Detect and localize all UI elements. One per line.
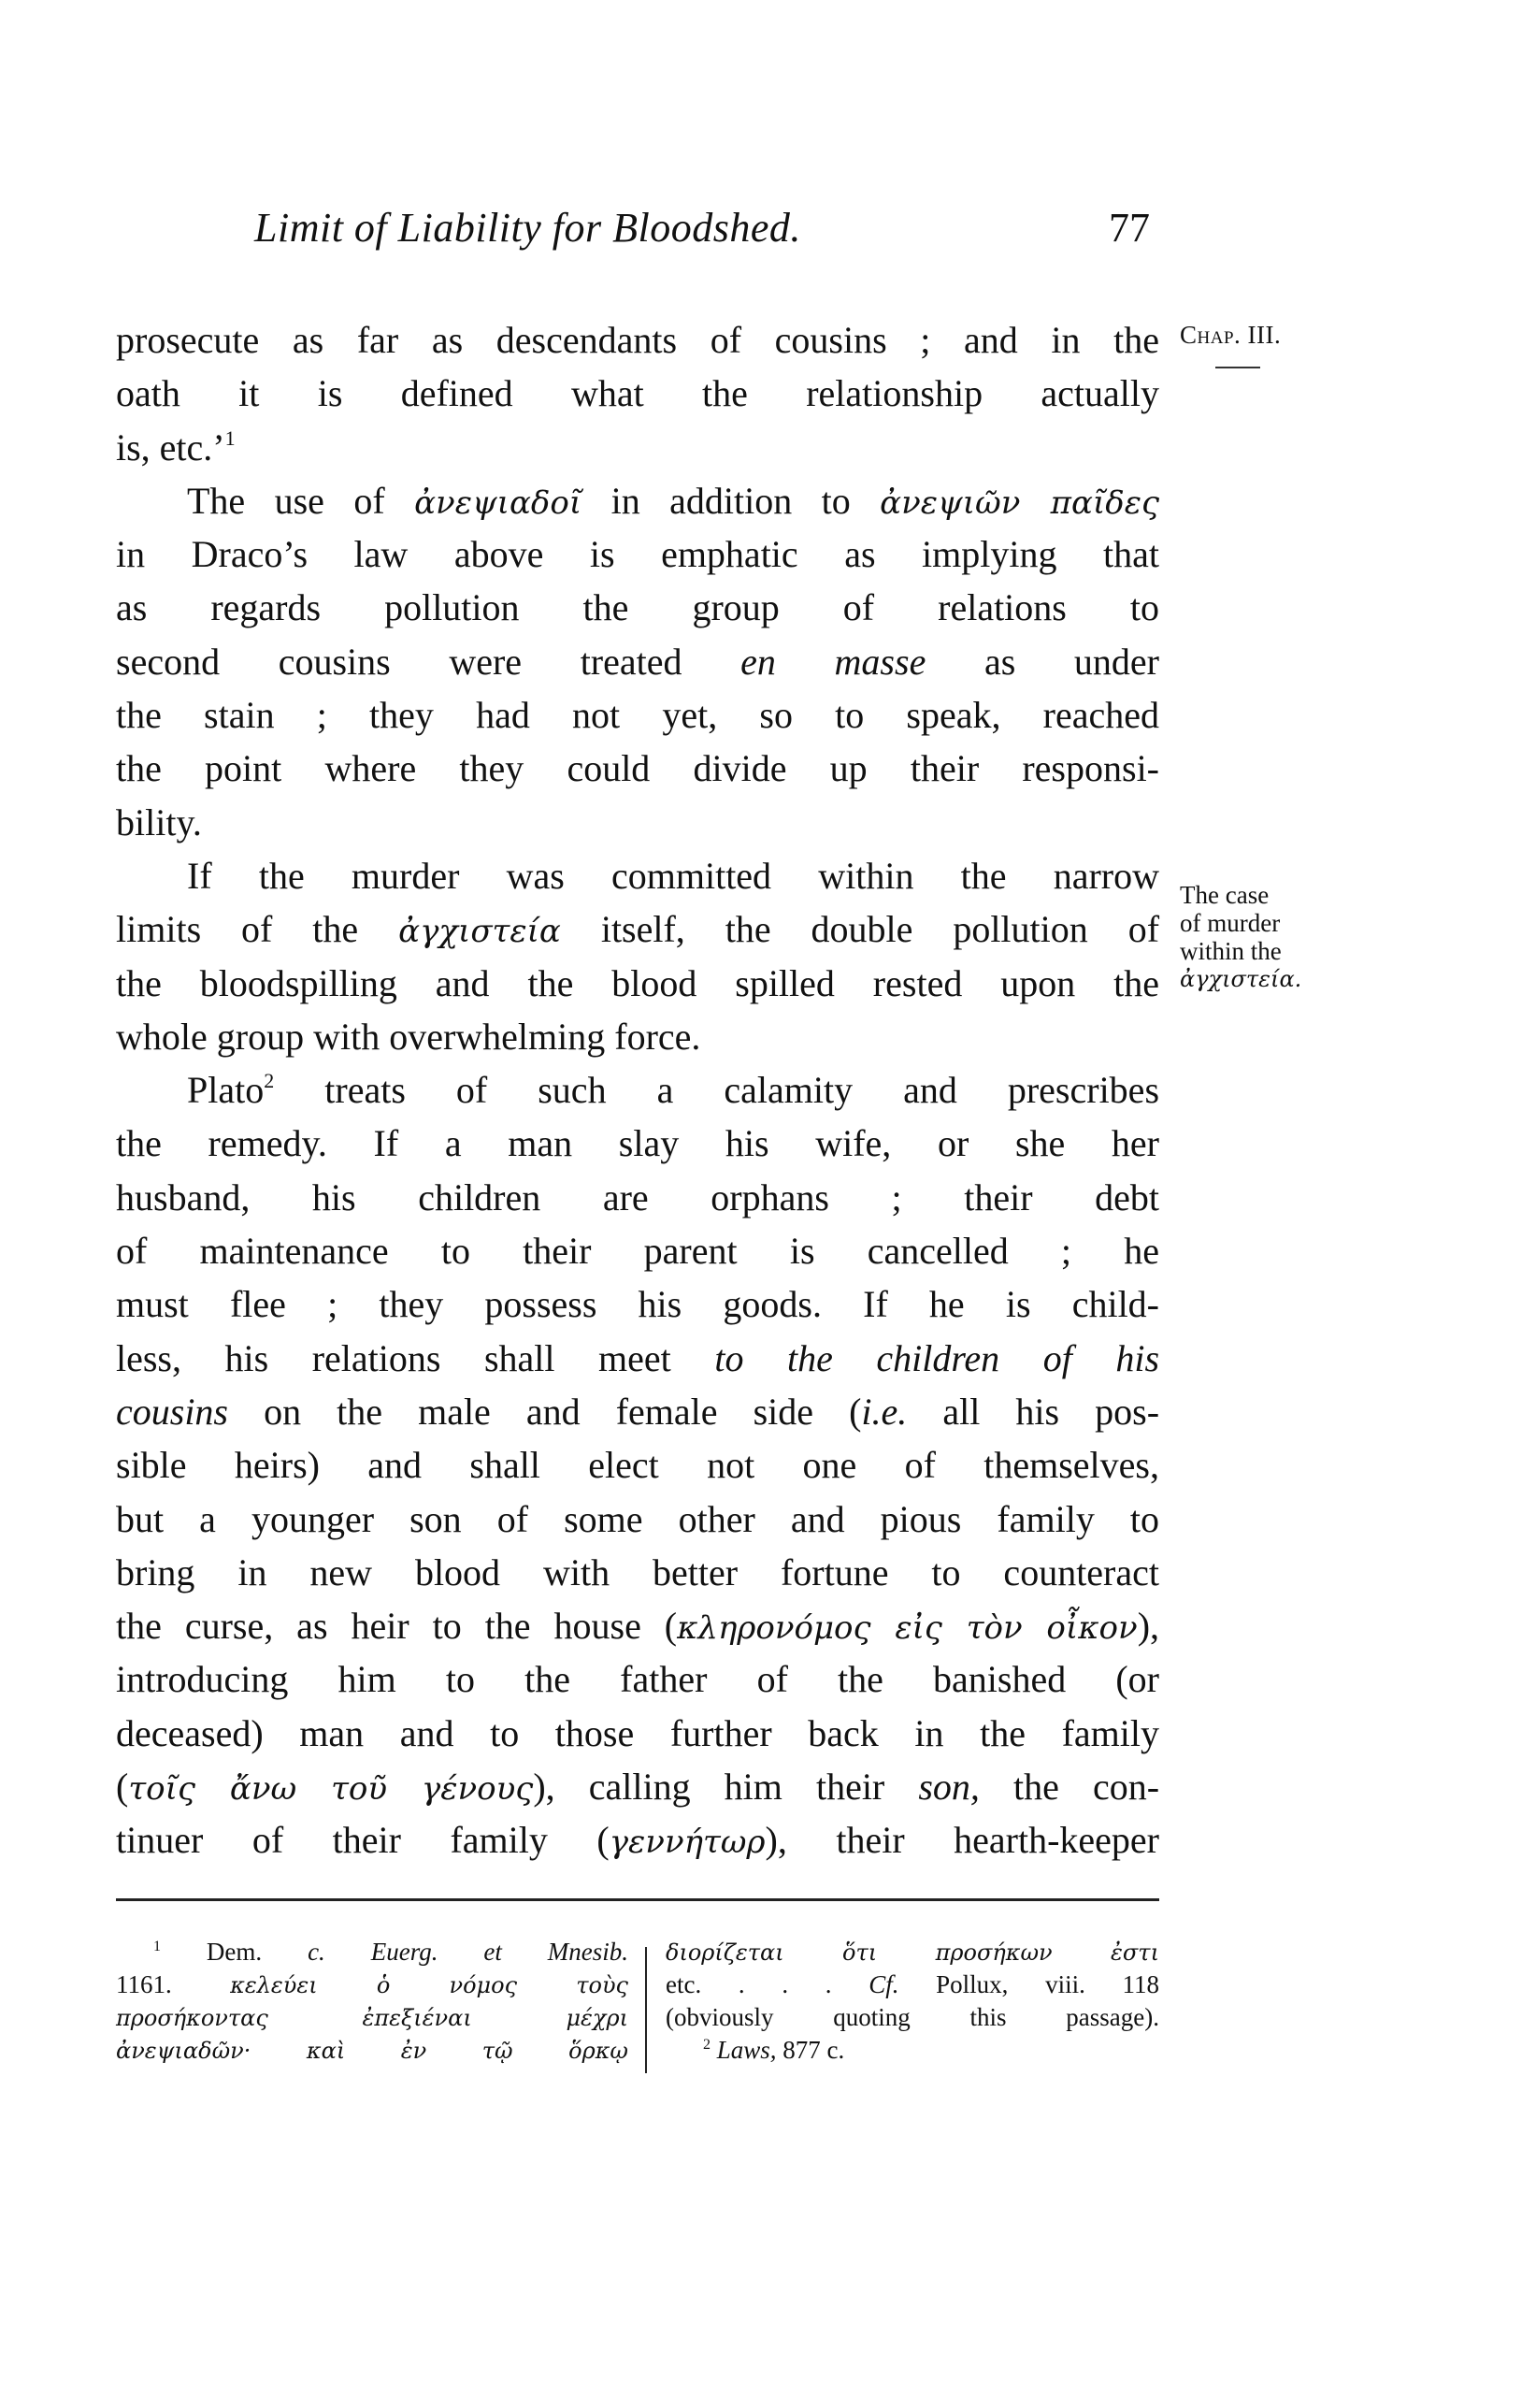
greek-term: γεννήτωρ (610, 1824, 766, 1861)
book-page: Limit of Liability for Bloodshed. 77 Cha… (0, 0, 1536, 2408)
body-line: bility. (116, 796, 1159, 849)
text-span: as under (984, 641, 1159, 683)
text-span: The use of (187, 480, 385, 522)
greek-quote: κελεύει ὁ νόμος τοὺς (230, 1972, 628, 1998)
body-line: of maintenance to their parent is cancel… (116, 1224, 1159, 1277)
text-span: ( (116, 1766, 128, 1808)
text-span: ), their hearth-keeper (766, 1819, 1160, 1861)
body-line: If the murder was committed within the n… (116, 849, 1159, 902)
greek-quote: ἀνεψιαδῶν· καὶ ἐν τῷ ὅρκῳ (116, 2038, 628, 2064)
text-span: itself, the double pollution of (601, 908, 1159, 950)
text-span: 1161. (116, 1970, 172, 1998)
footnote-line: προσήκοντας ἐπεξιέναι μέχρι (116, 2001, 628, 2034)
footnote-column-left: 1 Dem. c. Euerg. et Mnesib. 1161. κελεύε… (116, 1936, 628, 2067)
greek-term: ἀνεψιαδοῖ (414, 484, 581, 522)
italic-term: en masse (740, 641, 926, 683)
text-span: less, his relations shall meet (116, 1337, 671, 1379)
marginal-note-line-greek: ἀγχιστεία. (1180, 965, 1301, 993)
footnote-column-right: διορίζεται ὅτι προσήκων ἐστι etc. . . . … (666, 1936, 1159, 2067)
body-line: tinuer of their family (γεννήτωρ), their… (116, 1813, 1159, 1867)
body-line: but a younger son of some other and piou… (116, 1492, 1159, 1546)
body-line: as regards pollution the group of relati… (116, 581, 1159, 634)
body-line: the bloodspilling and the blood spilled … (116, 957, 1159, 1010)
footnote-ref-2[interactable]: 2 (264, 1069, 274, 1092)
footnote-marker-1: 1 (153, 1939, 161, 1954)
body-line: is, etc.’1 (116, 421, 1159, 474)
body-line: second cousins were treated en masse as … (116, 635, 1159, 688)
greek-term: τοῖς ἄνω τοῦ γένους (128, 1770, 533, 1808)
text-span: limits of the (116, 908, 358, 950)
text-span: ), calling him their (533, 1766, 884, 1808)
text-span: all his pos- (942, 1391, 1159, 1433)
body-line: husband, his children are orphans ; thei… (116, 1171, 1159, 1224)
text-span: Plato (187, 1069, 264, 1111)
text-span: tinuer of their family ( (116, 1819, 610, 1861)
footnote-line: 1 Dem. c. Euerg. et Mnesib. (116, 1936, 628, 1968)
footnote-column-divider (645, 1947, 647, 2073)
text-span: Dem. (207, 1938, 262, 1966)
body-line: prosecute as far as descendants of cousi… (116, 313, 1159, 367)
italic-abbrev: i.e. (861, 1391, 907, 1433)
body-text: prosecute as far as descendants of cousi… (116, 313, 1159, 1867)
marginal-note-murder-within-anchisteia: The case of murder within the ἀγχιστεία. (1180, 881, 1301, 993)
marginal-note-line: of murder (1180, 909, 1301, 937)
italic-phrase: cousins (116, 1391, 228, 1433)
text-span: second cousins were treated (116, 641, 682, 683)
body-line: cousins on the male and female side (i.e… (116, 1385, 1159, 1438)
running-title: Limit of Liability for Bloodshed. (254, 204, 801, 252)
text-span: treats of such a calamity and prescribes (324, 1069, 1159, 1111)
body-line: the point where they could divide up the… (116, 742, 1159, 795)
italic-abbrev: Cf. (868, 1970, 898, 1998)
body-line: must flee ; they possess his goods. If h… (116, 1277, 1159, 1331)
page-number: 77 (1109, 204, 1150, 252)
footnote-line: etc. . . . Cf. Pollux, viii. 118 (666, 1968, 1159, 2001)
body-line: sible heirs) and shall elect not one of … (116, 1438, 1159, 1492)
body-line: the curse, as heir to the house (κληρονό… (116, 1599, 1159, 1652)
text-span: 877 c. (782, 2036, 844, 2064)
body-line: (τοῖς ἄνω τοῦ γένους), calling him their… (116, 1760, 1159, 1813)
body-line: oath it is defined what the relationship… (116, 367, 1159, 420)
chapter-marginal-rule (1215, 367, 1260, 368)
footnote-line: διορίζεται ὅτι προσήκων ἐστι (666, 1936, 1159, 1968)
text-span: the curse, as heir to the house ( (116, 1605, 677, 1647)
footnote-ref-1[interactable]: 1 (225, 426, 236, 450)
footnote-marker-2: 2 (703, 2037, 711, 2053)
text-span: Pollux, viii. 118 (936, 1970, 1159, 1998)
text-span: in addition to (611, 480, 851, 522)
body-line: The use of ἀνεψιαδοῖ in addition to ἀνεψ… (116, 474, 1159, 527)
greek-quote: διορίζεται ὅτι προσήκων ἐστι (666, 1939, 1159, 1966)
body-line: the stain ; they had not yet, so to spea… (116, 688, 1159, 742)
text-span: is, etc.’ (116, 426, 225, 469)
marginal-note-line: The case (1180, 881, 1301, 909)
body-line: whole group with overwhelming force. (116, 1010, 1159, 1063)
body-line: deceased) man and to those further back … (116, 1707, 1159, 1760)
body-line: the remedy. If a man slay his wife, or s… (116, 1117, 1159, 1170)
text-span: the con- (1013, 1766, 1159, 1808)
italic-citation: c. Euerg. et Mnesib. (308, 1938, 628, 1966)
footnote-line: 1161. κελεύει ὁ νόμος τοὺς (116, 1968, 628, 2001)
italic-phrase: to the children of his (714, 1337, 1159, 1379)
body-line: Plato2 treats of such a calamity and pre… (116, 1063, 1159, 1117)
body-line: introducing him to the father of the ban… (116, 1652, 1159, 1706)
footnote-line: (obviously quoting this passage). (666, 2001, 1159, 2034)
greek-term: ἀνεψιῶν παῖδες (880, 484, 1159, 522)
italic-citation: Laws, (717, 2036, 777, 2064)
marginal-note-line: within the (1180, 937, 1301, 965)
text-span: etc. . . . (666, 1970, 832, 1998)
running-head: Limit of Liability for Bloodshed. 77 (116, 204, 1159, 260)
body-line: limits of the ἀγχιστεία itself, the doub… (116, 902, 1159, 956)
text-span: ), (1138, 1605, 1159, 1647)
footnote-line: ἀνεψιαδῶν· καὶ ἐν τῷ ὅρκῳ (116, 2034, 628, 2067)
body-line: in Draco’s law above is emphatic as impl… (116, 527, 1159, 581)
greek-term: ἀγχιστεία (398, 913, 561, 950)
chapter-marginal-label: Chap. III. (1180, 321, 1281, 350)
footnote-line: 2 Laws, 877 c. (666, 2034, 1159, 2067)
text-span: on the male and female side ( (264, 1391, 861, 1433)
greek-quote: προσήκοντας ἐπεξιέναι μέχρι (116, 2005, 628, 2031)
footnote-rule (116, 1898, 1159, 1901)
italic-term: son, (918, 1766, 980, 1808)
body-line: bring in new blood with better fortune t… (116, 1546, 1159, 1599)
greek-term: κληρονόμος εἰς τὸν οἶκον (677, 1609, 1138, 1647)
body-line: less, his relations shall meet to the ch… (116, 1332, 1159, 1385)
